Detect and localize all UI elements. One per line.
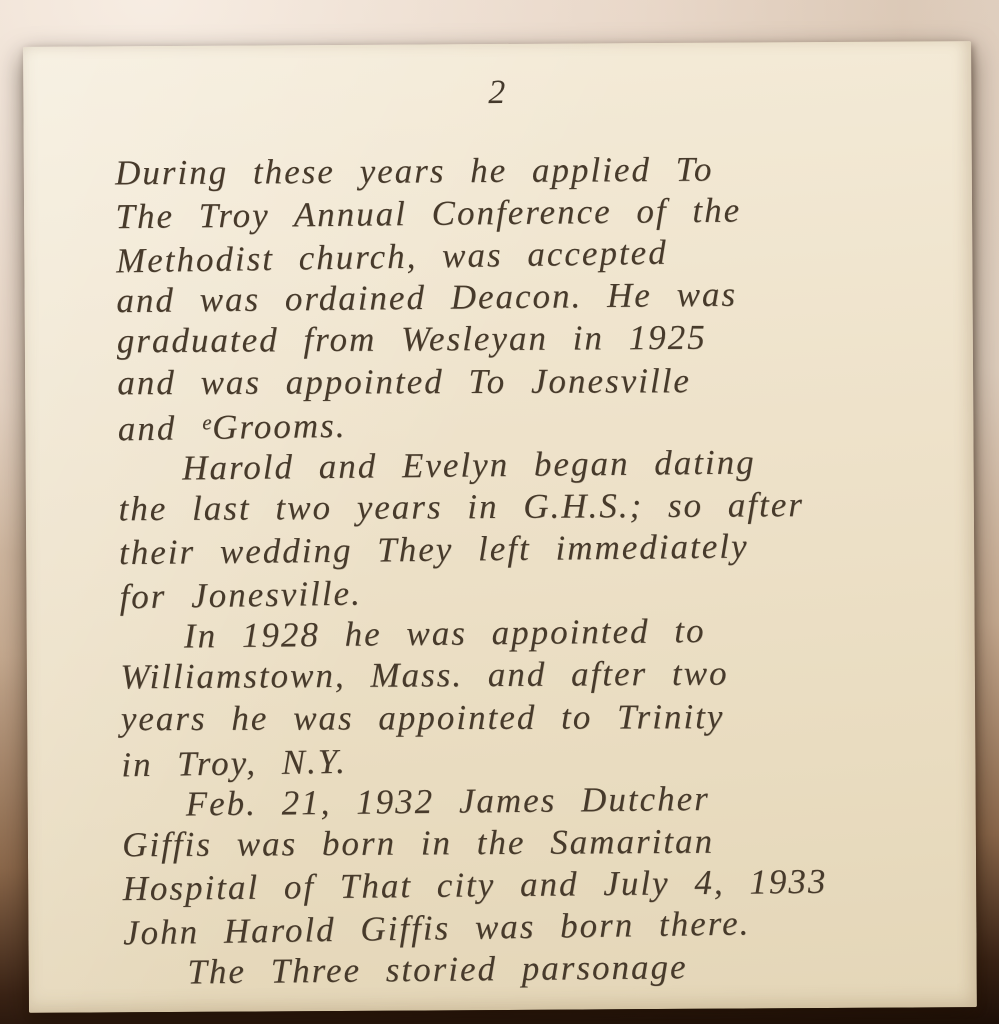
photo-background: 2 During these years he applied To The T… <box>0 0 999 1024</box>
handwriting-line: Williamstown, Mass. and after two <box>120 651 961 698</box>
handwriting-text: During these years he applied To The Tro… <box>115 145 965 994</box>
handwriting-line: Giffis was born in the Samaritan <box>122 819 963 866</box>
paper-sheet: 2 During these years he applied To The T… <box>23 41 977 1013</box>
handwriting-line: the last two years in G.H.S.; so after <box>118 483 959 530</box>
handwriting-line: During these years he applied To <box>115 147 956 194</box>
handwriting-line: graduated from Wesleyan in 1925 <box>117 315 958 362</box>
page-number: 2 <box>23 71 971 115</box>
